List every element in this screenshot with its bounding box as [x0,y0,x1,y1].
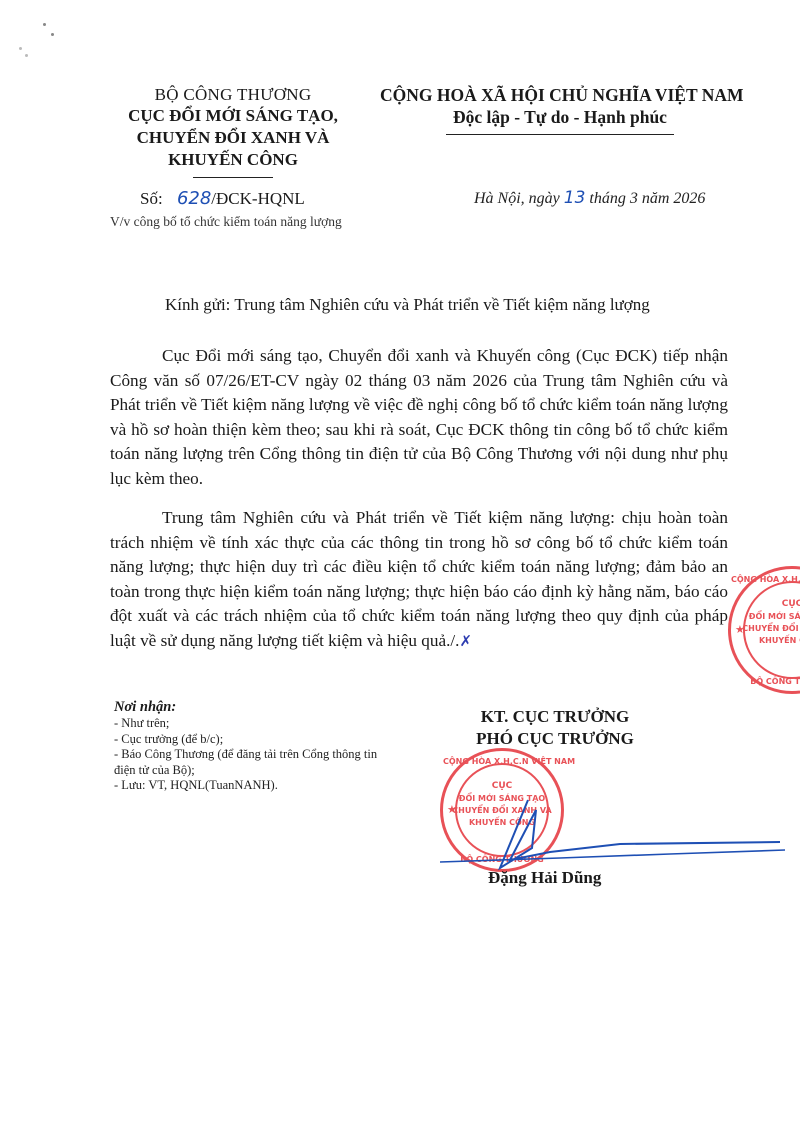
agency-name-line-3: KHUYẾN CÔNG [108,149,358,171]
nation-title: CỘNG HOÀ XÃ HỘI CHỦ NGHĨA VIỆT NAM [380,84,740,106]
handwritten-day: 13 [564,188,586,208]
number-label: Số: [140,189,163,208]
handwritten-signature [440,780,800,880]
scan-speck [19,47,22,50]
page-edge-seal-stamp: CỘNG HÒA X.H.C.N VIỆT NAM CỤC ĐỔI MỚI SÁ… [728,566,800,694]
recipient-item: - Lưu: VT, HQNL(TuanNANH). [114,778,384,794]
recipient-item: - Cục trưởng (để b/c); [114,732,384,748]
ministry-name: BỘ CÔNG THƯƠNG [108,84,358,105]
motto-divider [446,134,674,135]
signature-title-2: PHÓ CỤC TRƯỞNG [440,728,670,750]
recipient-item: - Báo Công Thương (để đăng tải trên Cổng… [114,747,384,778]
stamp-center-line: ĐỔI MỚI SÁNG TẠO [731,611,800,622]
stamp-center-line: CỤC [731,599,800,610]
end-mark-icon: ✗ [459,632,472,650]
signature-title-1: KT. CỤC TRƯỞNG [440,706,670,728]
issuing-agency-header: BỘ CÔNG THƯƠNG CỤC ĐỔI MỚI SÁNG TẠO, CHU… [108,84,358,178]
body-paragraph-2: Trung tâm Nghiên cứu và Phát triển về Ti… [110,506,728,653]
recipients-list: Nơi nhận: - Như trên; - Cục trưởng (để b… [114,698,384,794]
signer-name: Đặng Hải Dũng [488,868,601,888]
recipient-item: - Như trên; [114,716,384,732]
date-line: Hà Nội, ngày 13 tháng 3 năm 2026 [474,188,705,208]
stamp-outer-bottom-text: BỘ CÔNG THƯƠNG [731,676,800,687]
scan-speck [25,54,28,57]
agency-name-line-2: CHUYỂN ĐỔI XANH VÀ [108,127,358,149]
stamp-center-line: KHUYẾN CÔNG [731,635,800,646]
stamp-outer-top-text: CỘNG HÒA X.H.C.N VIỆT NAM [443,756,561,767]
recipients-title: Nơi nhận: [114,698,384,716]
recipient-line: Kính gửi: Trung tâm Nghiên cứu và Phát t… [165,295,650,315]
body-paragraph-1: Cục Đổi mới sáng tạo, Chuyển đổi xanh và… [110,344,728,491]
document-number: Số: 628/ĐCK-HQNL [140,188,305,209]
handwritten-number: 628 [177,188,211,209]
stamp-outer-top-text: CỘNG HÒA X.H.C.N VIỆT NAM [731,574,800,585]
scan-speck [43,23,46,26]
date-suffix: tháng 3 năm 2026 [589,190,705,207]
national-motto: Độc lập - Tự do - Hạnh phúc [380,106,740,128]
date-prefix: Hà Nội, ngày [474,190,560,207]
stamp-star-icon: ★ [735,623,745,636]
header-divider [193,177,273,178]
document-subject: V/v công bố tổ chức kiểm toán năng lượng [110,213,365,231]
body-paragraph-2-text: Trung tâm Nghiên cứu và Phát triển về Ti… [110,508,728,650]
agency-name-line-1: CỤC ĐỔI MỚI SÁNG TẠO, [108,105,358,127]
scan-speck [51,33,54,36]
signature-block: KT. CỤC TRƯỞNG PHÓ CỤC TRƯỞNG [440,706,670,750]
national-header: CỘNG HOÀ XÃ HỘI CHỦ NGHĨA VIỆT NAM Độc l… [380,84,740,135]
number-suffix: /ĐCK-HQNL [211,189,305,208]
